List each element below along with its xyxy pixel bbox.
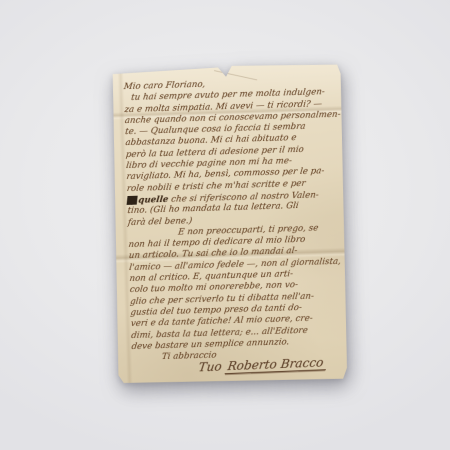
letter-body: Mio caro Floriano, tu hai sempre avuto p… bbox=[123, 76, 346, 381]
ink-blot: ██ bbox=[127, 196, 137, 205]
paper-wrapper: Mio caro Floriano, tu hai sempre avuto p… bbox=[109, 63, 349, 386]
letter-paper: Mio caro Floriano, tu hai sempre avuto p… bbox=[109, 63, 349, 386]
signature-prefix: Tuo bbox=[198, 360, 227, 375]
letter-photo: Mio caro Floriano, tu hai sempre avuto p… bbox=[0, 0, 450, 450]
signature-name: Roberto Bracco bbox=[225, 357, 328, 375]
